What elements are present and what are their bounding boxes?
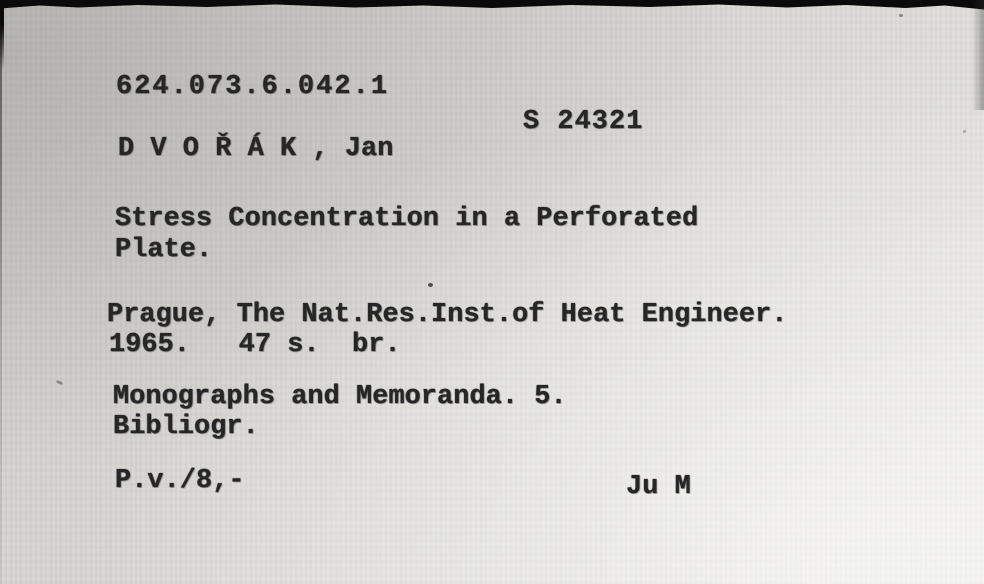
classification-number: 624.073.6.042.1 (116, 74, 389, 101)
card-right-edge-shadow (972, 0, 984, 110)
card-top-torn-edge (0, 0, 984, 10)
dust-speck (899, 14, 903, 17)
library-catalog-card: 624.073.6.042.1 S 24321 D V O Ř Á K , Ja… (0, 0, 984, 584)
title-line-1: Stress Concentration in a Perforated (115, 206, 698, 233)
cataloguer-initials: Ju M (626, 474, 691, 501)
dust-speck (56, 380, 64, 386)
imprint-year-pagination-line: 1965. 47 s. br. (109, 332, 401, 359)
author-heading: D V O Ř Á K , Jan (118, 136, 393, 163)
imprint-publisher-line: Prague, The Nat.Res.Inst.of Heat Enginee… (107, 302, 788, 329)
dust-speck (428, 283, 433, 287)
bibliography-note: Bibliogr. (113, 414, 259, 441)
price-statement: P.v./8,- (115, 468, 245, 495)
dust-speck (963, 130, 966, 133)
card-left-edge-shadow (0, 0, 2, 584)
shelf-mark: S 24321 (523, 109, 643, 136)
title-line-2: Plate. (115, 237, 212, 264)
series-statement: Monographs and Memoranda. 5. (113, 384, 567, 411)
